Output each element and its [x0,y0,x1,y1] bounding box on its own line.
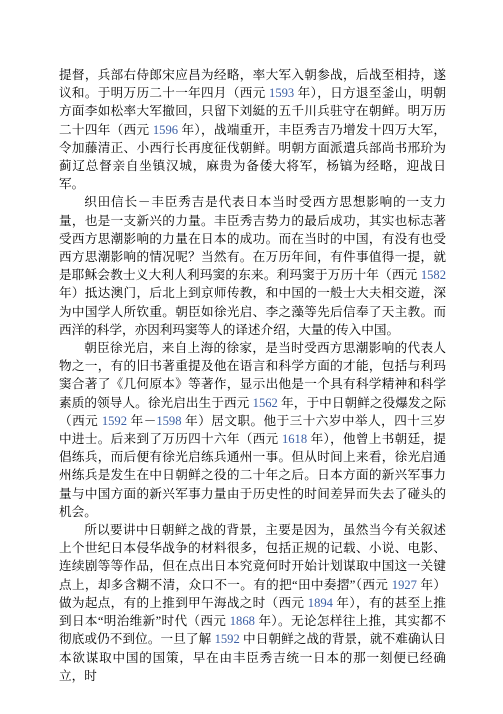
text-content: 提督，兵部右侍郎宋应昌为经略，率大军入朝参战，后战至相持，遂议和。于明万历二十一… [59,66,446,685]
body-text: 所以要讲中日朝鲜之战的背景，主要是因为，虽然当今有关叙述上个世纪日本侵华战争的材… [59,523,446,592]
body-text: 年）抵达澳门，后北上到京师传教，和中国的一般士大夫相交遊，深为中国学人所钦重。朝… [59,286,446,336]
paragraph: 朝臣徐光启，来自上海的徐家，是当时受西方思潮影响的代表人物之一，有的旧书著重提及… [59,339,446,521]
body-text: 织田信长－丰臣秀吉是代表日本当时受西方思想影响的一支力量，也是一支新兴的力量。丰… [59,195,446,282]
paragraph: 所以要讲中日朝鲜之战的背景，主要是因为，虽然当今有关叙述上个世纪日本侵华战争的材… [59,521,446,685]
year-number: 1562 [253,396,278,410]
year-number: 1618 [282,432,307,446]
body-text: 年－ [127,414,156,428]
year-number: 1868 [230,614,255,628]
year-number: 1582 [421,268,446,282]
year-number: 1593 [269,86,294,100]
document-page: 提督，兵部右侍郎宋应昌为经略，率大军入朝参战，后战至相持，遂议和。于明万历二十一… [0,0,503,714]
paragraph: 提督，兵部右侍郎宋应昌为经略，率大军入朝参战，后战至相持，遂议和。于明万历二十一… [59,66,446,193]
year-number: 1927 [392,578,417,592]
year-number: 1592 [102,414,127,428]
year-number: 1592 [215,632,240,646]
year-number: 1598 [156,414,181,428]
year-number: 1894 [308,596,333,610]
paragraph: 织田信长－丰臣秀吉是代表日本当时受西方思想影响的一支力量，也是一支新兴的力量。丰… [59,193,446,339]
year-number: 1596 [153,123,178,137]
